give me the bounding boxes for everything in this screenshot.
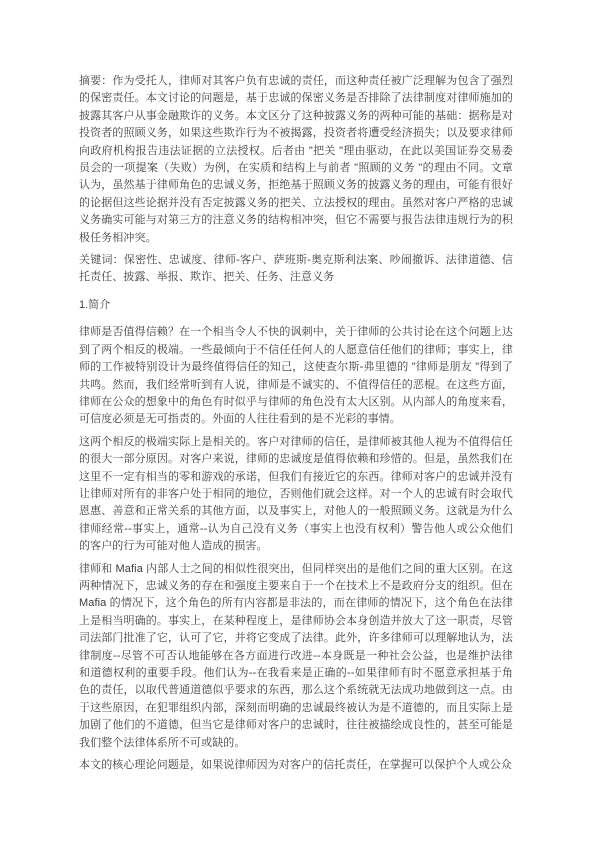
- introduction-paragraph-1: 律师是否值得信赖？在一个相当令人不快的讽刺中，关于律师的公共讨论在这个问题上达到…: [79, 324, 513, 428]
- keywords-paragraph: 关键词：保密性、忠诚度、律师-客户、萨班斯-奥克斯利法案、吵闹撤诉、法律道德、信…: [79, 252, 513, 287]
- abstract-paragraph: 摘要：作为受托人，律师对其客户负有忠诚的责任，而这种责任被广泛理解为包含了强烈的…: [79, 73, 513, 247]
- introduction-paragraph-4: 本文的核心理论问题是，如果说律师因为对客户的信托责任，在掌握可以保护个人或公众: [79, 757, 513, 774]
- introduction-paragraph-3: 律师和 Mafia 内部人士之间的相似性很突出，但同样突出的是他们之间的重大区别…: [79, 561, 513, 752]
- paper-page: 摘要：作为受托人，律师对其客户负有忠诚的责任，而这种责任被广泛理解为包含了强烈的…: [0, 0, 595, 842]
- section-heading-introduction: 1.简介: [79, 297, 513, 314]
- introduction-paragraph-2: 这两个相反的极端实际上是相关的。客户对律师的信任，是律师被其他人视为不值得信任的…: [79, 434, 513, 556]
